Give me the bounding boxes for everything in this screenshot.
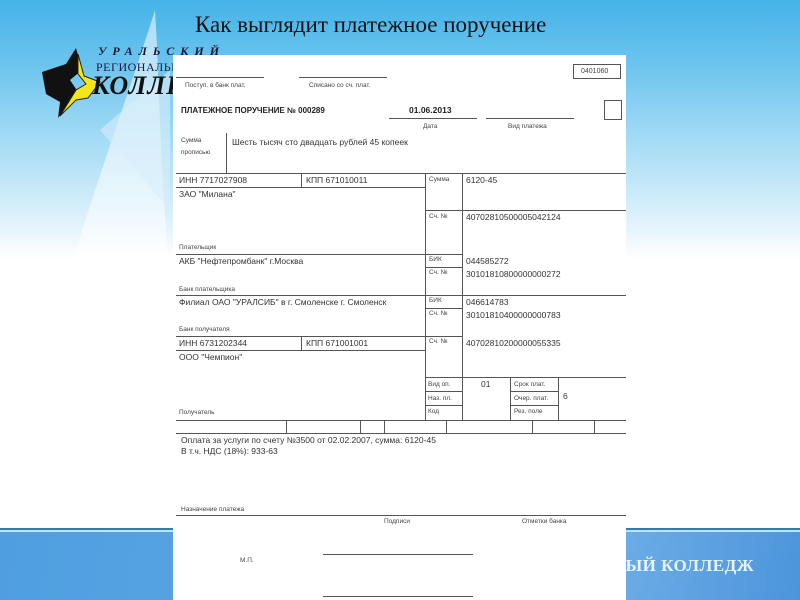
op-type-value: 01 [481, 379, 490, 389]
date-label: Дата [423, 123, 437, 130]
amount-label: Сумма [429, 176, 449, 183]
signatures-label: Подписи [384, 518, 410, 525]
payee-bank-account-label: Сч. № [429, 310, 448, 317]
payer-inn: ИНН 7717027908 [179, 175, 247, 185]
inn-kpp-divider [301, 336, 302, 350]
tax-cell-divider [532, 420, 533, 433]
row-line [425, 405, 462, 406]
row-line [425, 308, 462, 309]
payer-kpp: КПП 671010011 [306, 175, 367, 185]
term-label: Срок плат. [514, 381, 545, 388]
payee-bank-label: Банк получателя [179, 326, 230, 333]
tax-cell-divider [446, 420, 447, 433]
payee-bank-bik-label: БИК [429, 297, 442, 304]
checkbox-square [604, 100, 622, 120]
payer-account-label: Сч. № [429, 213, 448, 220]
document-title: ПЛАТЕЖНОЕ ПОРУЧЕНИЕ № 000289 [181, 106, 325, 115]
purpose-line-1: Оплата за услуги по счету №3500 от 02.02… [181, 435, 436, 445]
signature-line-1 [323, 554, 473, 555]
received-line [176, 77, 264, 78]
row-line [176, 254, 462, 255]
payer-account: 40702810500005042124 [466, 212, 561, 222]
payer-label: Плательщик [179, 244, 216, 251]
row-line [425, 267, 462, 268]
form-code: 0401060 [581, 68, 608, 75]
stamp-label: М.П. [240, 557, 254, 564]
amount-value: 6120-45 [466, 175, 497, 185]
payer-bank-account: 30101810800000000272 [466, 269, 561, 279]
payee-kpp: КПП 671001001 [306, 338, 368, 348]
payer-bank-name: АКБ "Нефтепромбанк" г.Москва [179, 256, 303, 266]
payee-name: ООО "Чемпион" [179, 352, 242, 362]
tax-cell-divider [594, 420, 595, 433]
received-label: Поступ. в банк плат. [185, 82, 246, 89]
payee-bank-bik: 046614783 [466, 297, 509, 307]
row-line [425, 377, 626, 378]
payer-name: ЗАО "Милана" [179, 189, 236, 199]
inn-kpp-divider [301, 173, 302, 187]
bank-marks-label: Отметки банка [522, 518, 567, 525]
codes-divider [510, 377, 511, 420]
tax-cell-divider [286, 420, 287, 433]
debited-label: Списано со сч. плат. [309, 82, 371, 89]
row-line [176, 420, 626, 421]
payment-type-line [486, 118, 574, 119]
row-line [176, 295, 626, 296]
amount-words-label-1: Сумма [181, 137, 201, 144]
row-line [425, 210, 626, 211]
row-line [176, 336, 462, 337]
row-line [176, 350, 425, 351]
row-line [425, 391, 462, 392]
payee-account: 40702810200000055335 [466, 338, 561, 348]
reserve-label: Рез. поле [514, 408, 543, 415]
purpose-line-2: В т.ч. НДС (18%): 933-63 [181, 446, 278, 456]
signature-line-2 [323, 596, 473, 597]
amount-in-words: Шесть тысяч сто двадцать рублей 45 копее… [232, 137, 408, 147]
payment-order-document: 0401060 Поступ. в банк плат. Списано со … [173, 55, 626, 600]
tax-cell-divider [360, 420, 361, 433]
document-date: 01.06.2013 [409, 105, 452, 115]
row-line [176, 173, 626, 174]
row-line [510, 405, 558, 406]
purpose-code-label: Наз. пл. [428, 395, 452, 402]
codes-divider [558, 377, 559, 420]
payer-bank-label: Банк плательщика [179, 286, 235, 293]
payee-bank-account: 30101810400000000783 [466, 310, 561, 320]
row-line [176, 433, 626, 434]
amount-words-label-2: прописью [181, 149, 210, 156]
priority-label: Очер. плат. [514, 395, 548, 402]
priority-value: 6 [563, 391, 568, 401]
row-line [176, 515, 626, 516]
debited-line [299, 77, 387, 78]
payer-bank-bik-label: БИК [429, 256, 442, 263]
tax-cell-divider [384, 420, 385, 433]
payment-type-label: Вид платежа [508, 123, 547, 130]
payee-account-label: Сч. № [429, 338, 448, 345]
payer-bank-account-label: Сч. № [429, 269, 448, 276]
purpose-label: Назначение платежа [181, 506, 244, 513]
payer-bank-bik: 044585272 [466, 256, 509, 266]
row-line [176, 187, 425, 188]
slide-title: Как выглядит платежное поручение [195, 12, 546, 38]
payee-inn: ИНН 6731202344 [179, 338, 247, 348]
op-type-label: Вид оп. [428, 381, 451, 388]
payee-bank-name: Филиал ОАО "УРАЛСИБ" в г. Смоленске г. С… [179, 297, 386, 307]
date-line [389, 118, 477, 119]
row-line [510, 391, 558, 392]
payee-label: Получатель [179, 409, 215, 416]
amount-words-divider [226, 133, 227, 173]
code-label: Код [428, 408, 439, 415]
